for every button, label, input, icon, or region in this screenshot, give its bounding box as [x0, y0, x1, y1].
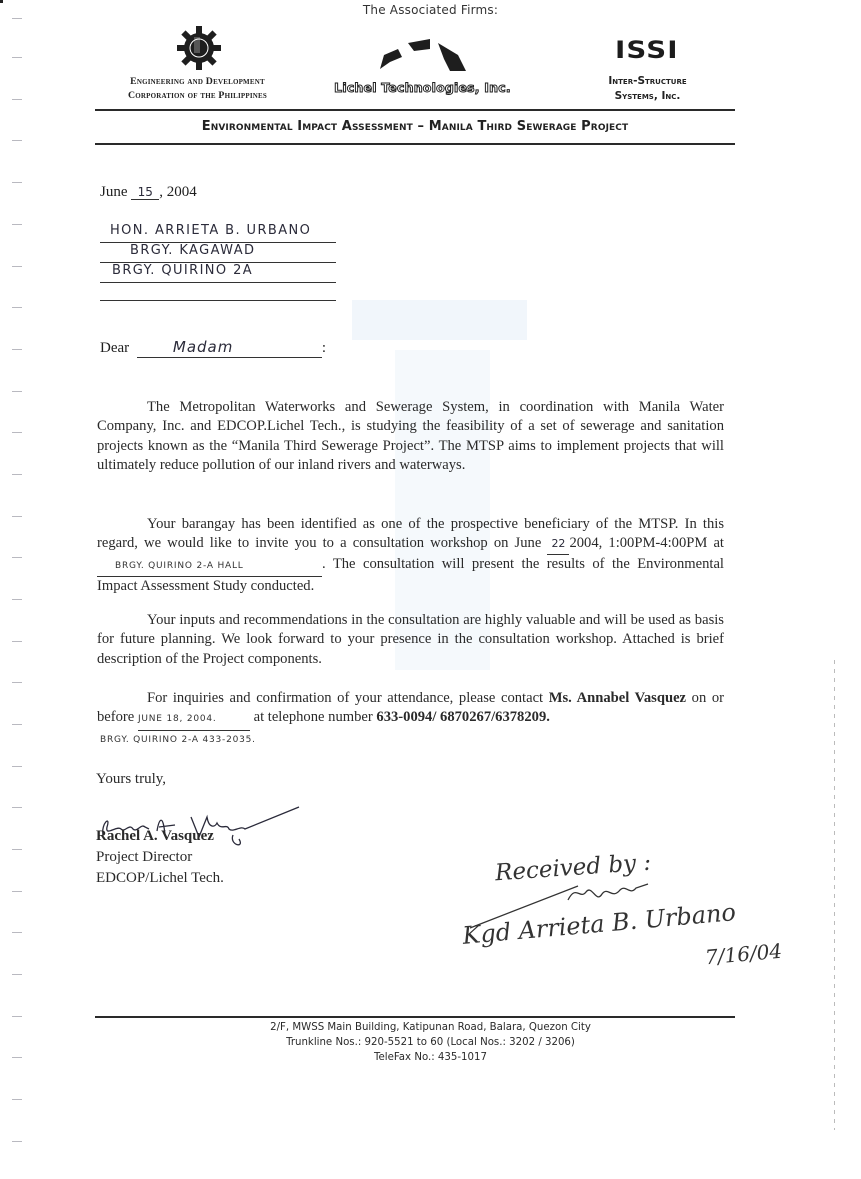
arc-segments-logo-icon — [378, 35, 468, 73]
footer: 2/F, MWSS Main Building, Katipunan Road,… — [0, 1020, 861, 1065]
paragraph-1: The Metropolitan Waterworks and Sewerage… — [97, 398, 724, 475]
signatory-title: Project Director — [96, 849, 192, 866]
footer-trunkline: Trunkline Nos.: 920-5521 to 60 (Local No… — [0, 1035, 861, 1050]
footer-address: 2/F, MWSS Main Building, Katipunan Road,… — [0, 1020, 861, 1035]
associated-firms-label: The Associated Firms: — [0, 3, 861, 17]
letter-date: June 15, 2004 — [100, 184, 197, 201]
deadline-field: JUNE 18, 2004. — [138, 710, 250, 730]
paragraph-2: Your barangay has been identified as one… — [97, 515, 724, 596]
addressee-line-1: HON. ARRIETA B. URBANO — [100, 222, 336, 243]
signatory-org: EDCOP/Lichel Tech. — [96, 870, 224, 887]
header-rule-top — [95, 109, 735, 111]
addressee-line-2: BRGY. KAGAWAD — [100, 242, 336, 263]
project-title: Environmental Impact Assessment – Manila… — [95, 119, 735, 134]
workshop-day-field: 22 — [547, 534, 569, 554]
closing: Yours truly, — [96, 771, 166, 788]
paragraph-4: For inquiries and confirmation of your a… — [97, 689, 724, 731]
handwritten-phone-note: BRGY. QUIRINO 2-A 433-2035. — [100, 735, 256, 745]
footer-rule — [95, 1016, 735, 1018]
salutation: Dear Madam: — [100, 338, 326, 358]
venue-field: BRGY. QUIRINO 2-A HALL — [97, 557, 322, 577]
received-date: 7/16/04 — [704, 939, 783, 970]
gear-building-logo-icon — [175, 24, 223, 72]
addressee-line-4 — [100, 280, 336, 301]
header-rule-bottom — [95, 143, 735, 145]
phone-numbers: 633-0094/ 6870267/6378209. — [376, 709, 550, 725]
date-day-field: 15 — [131, 185, 159, 200]
scan-tint — [352, 300, 527, 340]
footer-telefax: TeleFax No.: 435-1017 — [0, 1050, 861, 1065]
contact-name: Ms. Annabel Vasquez — [549, 690, 686, 706]
issi-name: Inter-Structure Systems, Inc. — [575, 74, 720, 104]
lichel-name: Lichel Technologies, Inc. — [330, 80, 515, 95]
edcop-name: Engineering and Development Corporation … — [95, 75, 300, 103]
issi-logo: ISSI — [615, 36, 679, 64]
paragraph-3: Your inputs and recommendations in the c… — [97, 611, 724, 669]
salutation-name-field: Madam — [137, 338, 322, 358]
signatory-name: Rachel A. Vasquez — [96, 828, 214, 845]
